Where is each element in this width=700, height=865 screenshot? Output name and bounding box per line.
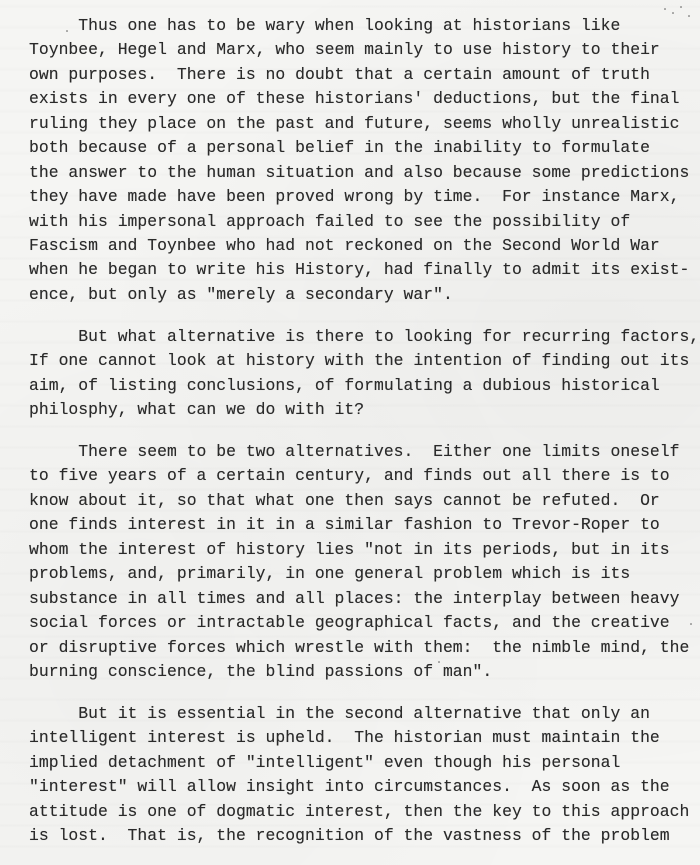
text-line: burning conscience, the blind passions o… (29, 660, 689, 684)
text-line: If one cannot look at history with the i… (29, 349, 689, 373)
text-line: ence, but only as "merely a secondary wa… (29, 283, 689, 307)
ink-speck (688, 15, 690, 17)
ink-speck (672, 12, 674, 14)
text-line: or disruptive forces which wrestle with … (29, 636, 689, 660)
ink-speck (66, 30, 68, 32)
text-line: attitude is one of dogmatic interest, th… (29, 800, 689, 824)
text-line: "interest" will allow insight into circu… (29, 775, 689, 799)
text-line: whom the interest of history lies "not i… (29, 538, 689, 562)
ink-speck (690, 623, 692, 625)
text-line: implied detachment of "intelligent" even… (29, 751, 689, 775)
text-line: ruling they place on the past and future… (29, 112, 689, 136)
text-line: is lost. That is, the recognition of the… (29, 824, 689, 848)
text-line: social forces or intractable geographica… (29, 611, 689, 635)
document-body: Thus one has to be wary when looking at … (29, 14, 689, 865)
text-line: when he began to write his History, had … (29, 258, 689, 282)
text-line: one finds interest in it in a similar fa… (29, 513, 689, 537)
paragraph-2: But what alternative is there to looking… (29, 325, 689, 423)
text-line: intelligent interest is upheld. The hist… (29, 726, 689, 750)
ink-speck (683, 172, 685, 174)
text-line: But what alternative is there to looking… (29, 325, 689, 349)
text-line: Thus one has to be wary when looking at … (29, 14, 689, 38)
paragraph-1: Thus one has to be wary when looking at … (29, 14, 689, 307)
text-line: philosphy, what can we do with it? (29, 398, 689, 422)
text-line: problems, and, primarily, in one general… (29, 562, 689, 586)
text-line: to five years of a certain century, and … (29, 464, 689, 488)
text-line: But it is essential in the second altern… (29, 702, 689, 726)
text-line: they have made have been proved wrong by… (29, 185, 689, 209)
text-line: the answer to the human situation and al… (29, 161, 689, 185)
text-line: own purposes. There is no doubt that a c… (29, 63, 689, 87)
text-line: know about it, so that what one then say… (29, 489, 689, 513)
text-line: There seem to be two alternatives. Eithe… (29, 440, 689, 464)
text-line: Toynbee, Hegel and Marx, who seem mainly… (29, 38, 689, 62)
text-line: Fascism and Toynbee who had not reckoned… (29, 234, 689, 258)
text-line: with his impersonal approach failed to s… (29, 210, 689, 234)
ink-speck (680, 6, 682, 8)
text-line: aim, of listing conclusions, of formulat… (29, 374, 689, 398)
typewritten-page: Thus one has to be wary when looking at … (0, 0, 700, 865)
paragraph-3: There seem to be two alternatives. Eithe… (29, 440, 689, 684)
paragraph-4: But it is essential in the second altern… (29, 702, 689, 849)
text-line: both because of a personal belief in the… (29, 136, 689, 160)
text-line: substance in all times and all places: t… (29, 587, 689, 611)
ink-speck (664, 8, 666, 10)
text-line: exists in every one of these historians'… (29, 87, 689, 111)
ink-speck (438, 661, 440, 663)
